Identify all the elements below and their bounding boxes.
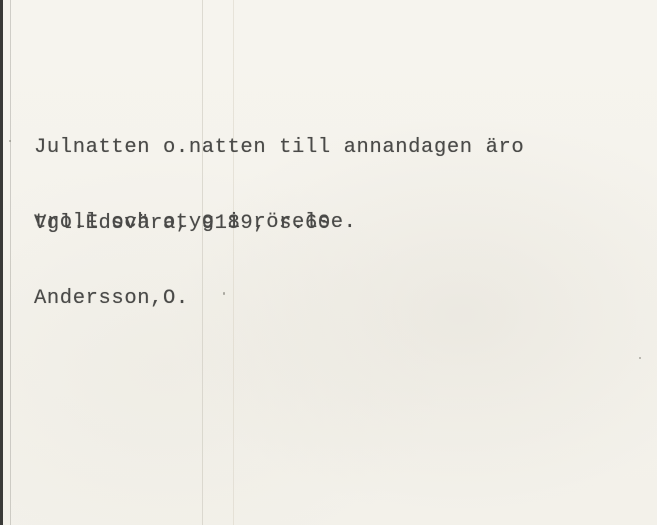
index-card: Julnatten o.natten till annandagen äro t… xyxy=(0,0,657,525)
card-reference: Vgl.Edsvära, 9189, s.60 Andersson,O. xyxy=(34,161,331,361)
left-edge-line xyxy=(10,0,11,525)
body-line-1: Julnatten o.natten till annandagen äro xyxy=(34,135,524,160)
reference-author: Andersson,O. xyxy=(34,286,331,311)
paper-speck xyxy=(639,357,641,359)
paper-speck xyxy=(9,140,11,142)
reference-source: Vgl.Edsvära, 9189, s.60 xyxy=(34,211,331,236)
